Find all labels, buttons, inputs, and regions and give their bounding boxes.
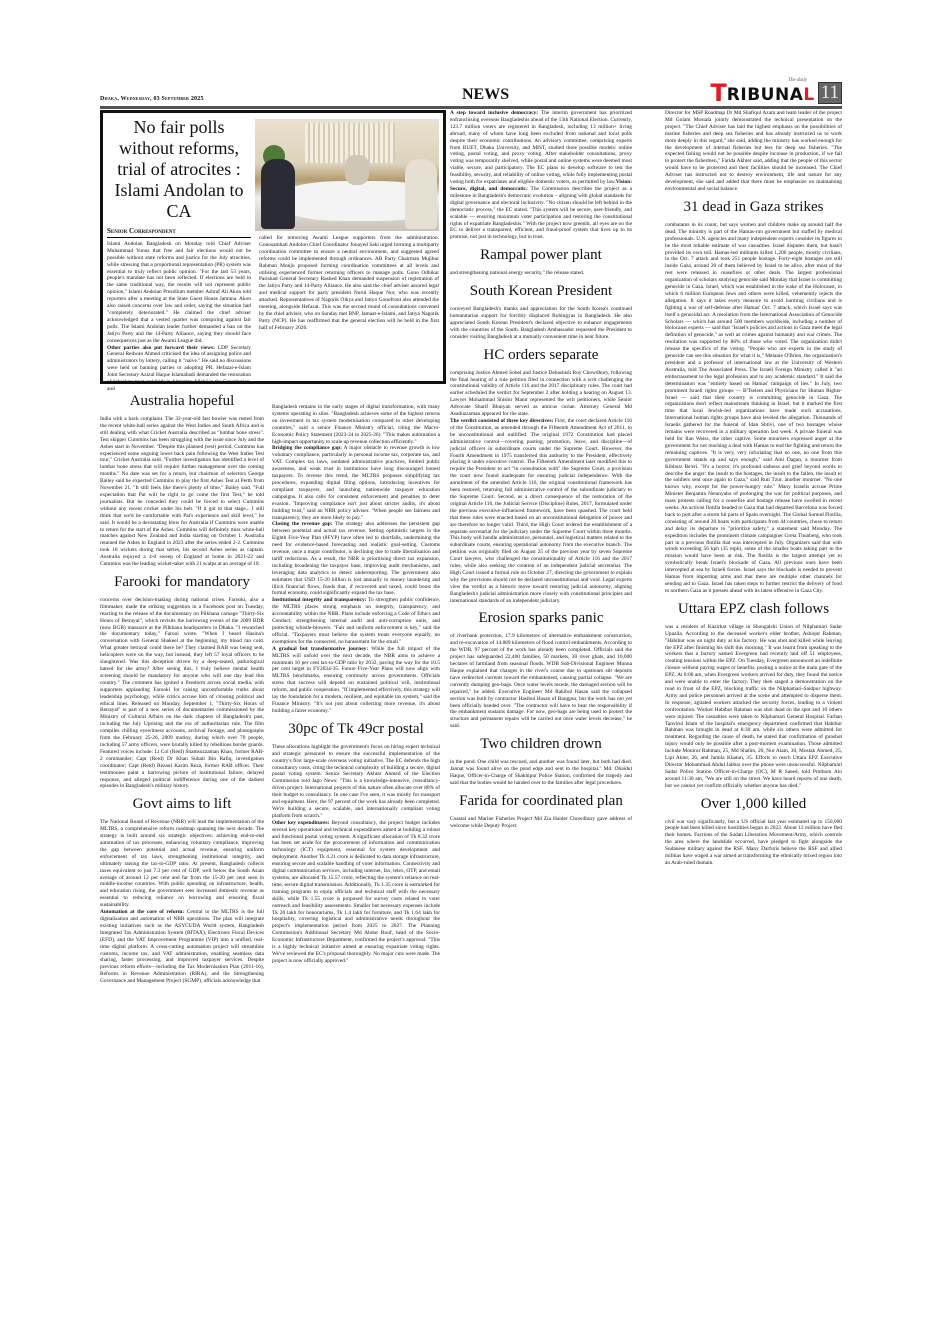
- article-text: civil war vary significantly, but a US o…: [665, 819, 842, 867]
- headline: Erosion sparks panic: [450, 610, 632, 627]
- article-text: Other key expenditures: Beyond consultan…: [272, 820, 440, 965]
- article-text: in the pond. One child was rescued, and …: [450, 759, 632, 787]
- headline: 31 dead in Gaza strikes: [665, 199, 842, 216]
- logo-wordmark: RIBUNAL: [727, 86, 815, 104]
- headline: Australia hopeful: [100, 393, 264, 410]
- subhead: A step toward inclusive democracy:: [450, 110, 538, 116]
- article-text: A step toward inclusive democracy: The i…: [450, 110, 632, 241]
- subhead: Institutional integrity and transparency…: [272, 597, 366, 603]
- paragraph: The Commission describes the project as …: [450, 186, 632, 240]
- lead-article-col2: called for removing Awami League support…: [259, 235, 439, 332]
- article-text: and strengthening national energy securi…: [450, 270, 632, 277]
- logo-last-letter: L: [803, 85, 814, 105]
- page-number: 11: [818, 82, 842, 104]
- paragraph: While the full impact of the MLTRS will …: [272, 646, 440, 714]
- article-text: Bridging the compliance gap: A major obs…: [272, 445, 440, 521]
- article-text: Director for MSP Roadmap Dr Md Shafiqul …: [665, 110, 842, 193]
- headline: Uttara EPZ clash follows: [665, 601, 842, 618]
- subhead: Bridging the compliance gap:: [272, 445, 342, 451]
- dateline: Dhaka, Wednesday, 03 September 2025: [100, 96, 204, 102]
- subhead: Other parties also put forward their vie…: [107, 345, 215, 351]
- article-text: Coastal and Marine Fisheries Project Md …: [450, 816, 632, 830]
- masthead: Dhaka, Wednesday, 03 September 2025 NEWS…: [100, 82, 842, 104]
- article-text: Institutional integrity and transparency…: [272, 597, 440, 645]
- headline: Farida for coordinated plan: [450, 793, 632, 810]
- second-column: Bangladesh remains in the early stages o…: [272, 404, 440, 965]
- paragraph: A major obstacle to revenue growth is lo…: [272, 445, 440, 520]
- article-text: combatants in its count, but says women …: [665, 222, 842, 595]
- subhead: The verdict consisted of three key direc…: [450, 418, 553, 424]
- subhead: Closing the revenue gap:: [272, 521, 333, 527]
- masthead-rule: [100, 106, 842, 109]
- paragraph: Beyond consultancy, the project budget i…: [272, 820, 440, 964]
- subhead: Automation at the core of reform:: [100, 909, 184, 915]
- logo-rest: RIBUNA: [727, 85, 804, 105]
- article-text: The National Board of Revenue (NBR) will…: [100, 819, 264, 909]
- article-text: India with a back complaint. The 32-year…: [100, 416, 264, 568]
- subhead: Other key expenditures:: [272, 820, 329, 826]
- photo-person: [405, 159, 437, 229]
- meeting-photo: [255, 119, 439, 231]
- headline: South Korean President: [450, 283, 632, 300]
- article-text: Closing the revenue gap: The strategy al…: [272, 521, 440, 597]
- section-title: NEWS: [462, 86, 509, 104]
- article-text: was a resident of Kazirhat village in Sh…: [665, 624, 842, 790]
- article-text: called for removing Awami League support…: [259, 235, 439, 332]
- article-text: Islami Andolan Bangladesh on Monday told…: [107, 241, 251, 345]
- paragraph: To strengthen public confidence, the MLT…: [272, 597, 440, 644]
- photo-person: [261, 159, 295, 229]
- headline: No fair polls without reforms, trial of …: [107, 117, 251, 222]
- paragraph: The strategy also addresses the persiste…: [272, 521, 440, 596]
- photo-person: [345, 155, 369, 185]
- paragraph: LDP Secretary General Redwan Ahmed criti…: [107, 345, 251, 392]
- left-column: Australia hopeful India with a back comp…: [100, 387, 264, 985]
- byline: Senior Correspondent: [107, 228, 251, 238]
- article-text: The verdict consisted of three key direc…: [450, 418, 632, 604]
- logo-first-letter: T: [710, 82, 726, 104]
- article-text: conveyed Bangladesh's thanks and appreci…: [450, 306, 632, 341]
- tribunal-logo: The daily T RIBUNAL 11: [710, 80, 842, 104]
- article-text: concerns over decision-making during nat…: [100, 597, 264, 790]
- right-column: Director for MSP Roadmap Dr Md Shafiqul …: [665, 110, 842, 867]
- article-text: comprising Justice Ahmed Sohel and Justi…: [450, 370, 632, 418]
- paragraph: The interim government has prioritized e…: [450, 110, 632, 185]
- article-text: Other parties also put forward their vie…: [107, 345, 251, 393]
- logo-tagline: The daily: [788, 78, 807, 83]
- article-text: Bangladesh remains in the early stages o…: [272, 404, 440, 445]
- article-text: A gradual but transformative journey: Wh…: [272, 646, 440, 715]
- paragraph: First, the court declared Article 116 of…: [450, 418, 632, 604]
- subhead: A gradual but transformative journey:: [272, 646, 368, 652]
- headline: 30pc of Tk 49cr postal: [272, 721, 440, 738]
- article-text: These allocations highlight the governme…: [272, 744, 440, 820]
- headline: Farooki for mandatory: [100, 574, 264, 591]
- headline: Govt aims to lift: [100, 796, 264, 813]
- article-text: of riverbank protection, 17.9 kilometres…: [450, 633, 632, 730]
- article-text: Automation at the core of reform: Centra…: [100, 909, 264, 985]
- middle-column: A step toward inclusive democracy: The i…: [450, 110, 632, 830]
- headline: Over 1,000 killed: [665, 796, 842, 813]
- headline: Rampal power plant: [450, 247, 632, 264]
- lead-article-col1: No fair polls without reforms, trial of …: [107, 113, 251, 393]
- paragraph: Central to the MLTRS is the full digital…: [100, 909, 264, 984]
- headline: HC orders separate: [450, 347, 632, 364]
- newspaper-page: Dhaka, Wednesday, 03 September 2025 NEWS…: [100, 82, 842, 109]
- headline: Two children drown: [450, 736, 632, 753]
- lead-article-box: No fair polls without reforms, trial of …: [100, 110, 446, 384]
